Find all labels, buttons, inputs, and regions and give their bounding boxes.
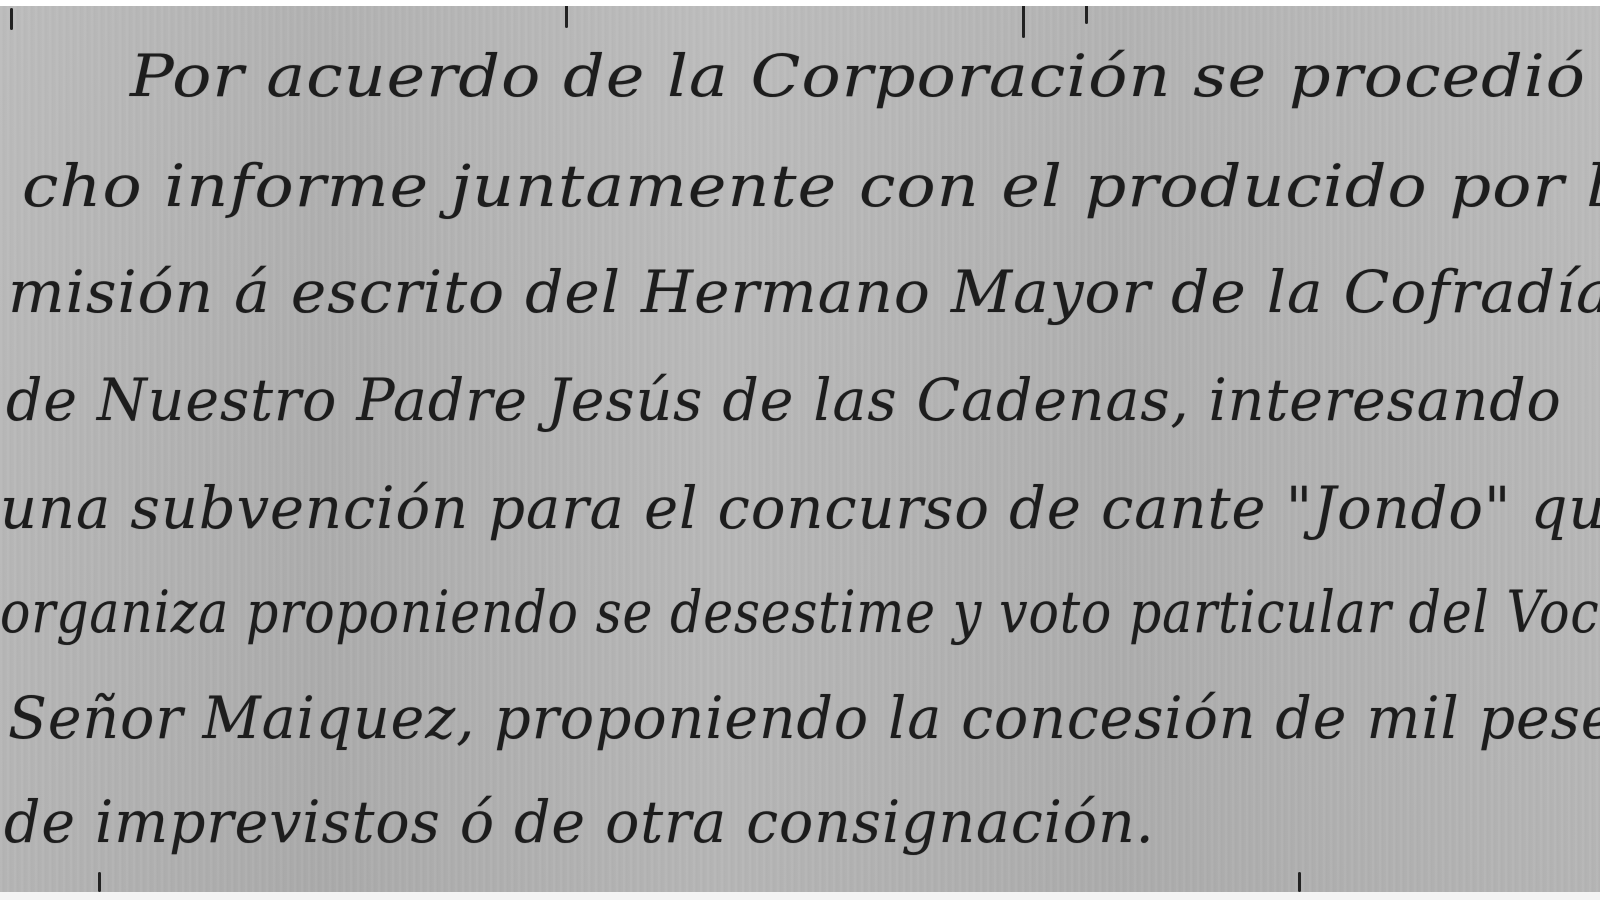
descender-stroke	[1022, 6, 1025, 38]
manuscript-line-4: de Nuestro Padre Jesús de las Cadenas, i…	[6, 366, 1562, 434]
manuscript-line-6: organiza proponiendo se desestime y voto…	[0, 578, 1600, 646]
descender-stroke	[10, 8, 13, 30]
manuscript-line-3: misión á escrito del Hermano Mayor de la…	[8, 258, 1600, 326]
next-line-ascender	[98, 872, 101, 892]
manuscript-line-7: Señor Maiquez, proponiendo la concesión …	[8, 684, 1600, 752]
descender-stroke	[1085, 6, 1088, 24]
manuscript-line-8: de imprevistos ó de otra consignación.	[4, 788, 1155, 856]
manuscript-line-1: Por acuerdo de la Corporación se procedi…	[130, 42, 1600, 110]
scan-border	[0, 892, 1600, 900]
manuscript-line-2: cho informe juntamente con el producido …	[22, 152, 1600, 220]
manuscript-page: Por acuerdo de la Corporación se procedi…	[0, 6, 1600, 892]
next-line-ascender	[1298, 872, 1301, 892]
descender-stroke	[565, 6, 568, 28]
manuscript-line-5: una subvención para el concurso de cante…	[0, 474, 1600, 542]
